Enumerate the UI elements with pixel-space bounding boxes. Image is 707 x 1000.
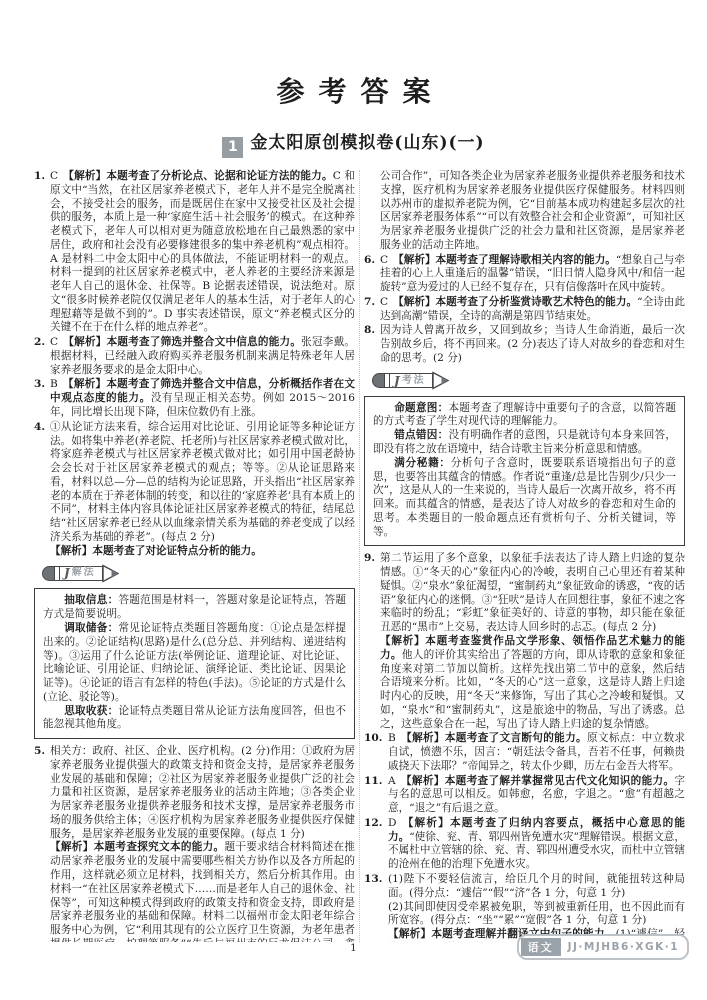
box-entry-label: 满分秘籍： <box>394 457 451 469</box>
answer-item: 2.C【解析】本题考查了筛选并整合文中信息的能力。张冠李戴。根据材料，已经融入政… <box>34 336 355 377</box>
pencil-label-text: 考法 <box>402 376 426 386</box>
item-number: 1. <box>34 170 45 184</box>
knowledge-box: 命题意图：本题考查了理解诗中重要句子的含意，以简答题的方式考查了学生对现代诗的理… <box>364 396 685 547</box>
box-entry-label: 抽取信息： <box>64 594 118 606</box>
item-number: 11. <box>364 775 382 789</box>
pencil-tip-icon <box>432 371 449 390</box>
box-entry: 调取储备：常见论证特点类题目答题角度：①论点是怎样提出来的。②论证结构(思路)是… <box>43 622 346 705</box>
answer-item: 1.C【解析】本题考查了分析论点、论据和论证方法的能力。C 和原文中“当然，在社… <box>34 170 355 335</box>
text-segment: 【解析】本题考查了筛选并整合文中信息的能力。 <box>63 336 301 348</box>
text-segment: 【解析】本题考查了解并掌握常见古代文化知识的能力。 <box>401 775 675 787</box>
text-segment: 【解析】本题考查了理解诗歌相关内容的能力。 <box>393 254 616 266</box>
section-header: 1金太阳原创模拟卷(山东)(一) <box>0 128 707 158</box>
text-segment: (2)其间即使因受牵累被免职，等到被重新任用，也不因此而有所宽容。(得分点：“坐… <box>388 901 685 927</box>
item-number: 10. <box>364 732 382 746</box>
text-segment: 【解析】本题考查了分析鉴赏诗歌艺术特色的能力。 <box>393 296 637 308</box>
item-number: 3. <box>34 378 45 392</box>
item-paragraph: B【解析】本题考查了文言断句的能力。原文标点：中立数求自试，愤懑不乐，因言：“朝… <box>388 732 685 773</box>
answer-item: 11.A【解析】本题考查了解并掌握常见古代文化知识的能力。字与名的意思可以相反。… <box>364 775 685 816</box>
answer-letter: C <box>380 254 388 266</box>
pencil-eraser-icon <box>372 373 385 388</box>
box-entry: 思取收获：论证特点类题目常从论证方法角度回答，但也不能忽视其他角度。 <box>43 705 346 733</box>
section-number-badge: 1 <box>222 137 243 158</box>
item-number: 6. <box>364 254 375 268</box>
answer-item: 8.因为诗人曾离开故乡，又回到故乡；当诗人生命消逝，最后一次告别故乡后，将不再回… <box>364 324 685 365</box>
box-entry: 满分秘籍：分析句子含意时，既要联系语境指出句子的意思，也要答出其蕴含的情感。作者… <box>373 457 676 540</box>
page-title: 参考答案 <box>0 0 707 110</box>
item-paragraph: C【解析】本题考查了理解诗歌相关内容的能力。“想象自己与牵挂着的心上人重逢后的温… <box>380 254 685 295</box>
pencil-logo: J <box>394 375 400 387</box>
answer-item: 3.B【解析】本题考查了筛选并整合文中信息，分析概括作者在文中观点态度的能力。没… <box>34 378 355 419</box>
text-segment: 第二节运用了多个意象，以象征手法表达了诗人踏上归途的复杂情感。①“冬天的心”象征… <box>380 552 685 633</box>
text-segment: 【解析】本题考查了文言断句的能力。 <box>401 732 587 744</box>
answer-letter: B <box>388 732 396 744</box>
answer-letter: C <box>50 336 58 348</box>
knowledge-box: 抽取信息：答题范围是材料一，答题对象是论证特点，答题方式是简要说明。调取储备：常… <box>34 588 355 739</box>
item-paragraph: ①从论证方法来看，综合运用对比论证、引用论证等多种论证方法。如将集中养老(养老院… <box>50 421 355 545</box>
item-number: 2. <box>34 336 45 350</box>
item-number: 7. <box>364 296 375 310</box>
item-paragraph: C【解析】本题考查了分析论点、论据和论证方法的能力。C 和原文中“当然，在社区居… <box>50 170 355 335</box>
answer-columns: 1.C【解析】本题考查了分析论点、论据和论证方法的能力。C 和原文中“当然，在社… <box>0 168 707 942</box>
subject-label: 语文 <box>521 938 561 956</box>
answer-item: 公司合作”，可知各类企业为居家养老服务业提供养老服务和技术支撑，医疗机构为居家养… <box>364 170 685 253</box>
item-paragraph: 【解析】本题考查鉴赏作品文学形象、领悟作品艺术魅力的能力。他人的评价其实给出了答… <box>380 635 685 731</box>
section-title: 金太阳原创模拟卷(山东)(一) <box>250 133 484 153</box>
box-entry-text: 常见论证特点类题目答题角度：①论点是怎样提出来的。②论证结构(思路)是什么(总分… <box>43 622 346 703</box>
item-paragraph: 公司合作”，可知各类企业为居家养老服务业提供养老服务和技术支撑，医疗机构为居家养… <box>380 170 685 253</box>
item-paragraph: 【解析】本题考查探究文本的能力。题干要求结合材料简述在推动居家养老服务业的发展中… <box>50 841 355 942</box>
pencil-label: J考法 <box>390 373 433 388</box>
box-entry-label: 调取储备： <box>64 622 118 634</box>
answer-item: 13.(1)陛下不要轻信流言，给臣几个月的时间，就能扭转这种局面。(得分点：“遽… <box>364 873 685 942</box>
pencil-logo: J <box>64 567 70 579</box>
text-segment: “使徐、兖、青、郓四州皆免遭水灾”理解错误。根据文意，不属杜中立管辖的徐、兖、青… <box>388 831 685 871</box>
column-divider <box>359 170 361 942</box>
text-segment: 【解析】本题考查了对论证特点分析的能力。 <box>50 545 262 557</box>
answer-letter: D <box>388 817 397 829</box>
item-paragraph: B【解析】本题考查了筛选并整合文中信息，分析概括作者在文中观点态度的能力。没有呈… <box>50 378 355 419</box>
footer-badge: 语文 JJ·MJHB6·XGK·1 <box>517 934 689 960</box>
item-paragraph: 相关方：政府、社区、企业、医疗机构。(2 分)作用：①政府为居家养老服务业提供强… <box>50 745 355 841</box>
answer-item: 7.C【解析】本题考查了分析鉴赏诗歌艺术特色的能力。“全诗由此达到高潮”错误，全… <box>364 296 685 324</box>
text-segment: 公司合作”，可知各类企业为居家养老服务业提供养老服务和技术支撑，医疗机构为居家养… <box>380 170 685 251</box>
item-paragraph: D【解析】本题考查了归纳内容要点，概括中心意思的能力。“使徐、兖、青、郓四州皆免… <box>388 817 685 872</box>
paper-code: JJ·MJHB6·XGK·1 <box>568 941 679 953</box>
left-column: 1.C【解析】本题考查了分析论点、论据和论证方法的能力。C 和原文中“当然，在社… <box>34 170 355 942</box>
item-paragraph: 因为诗人曾离开故乡，又回到故乡；当诗人生命消逝，最后一次告别故乡后，将不再回来。… <box>380 324 685 365</box>
box-entry-label: 思取收获： <box>64 705 118 717</box>
text-segment: 【解析】本题考查了分析论点、论据和论证方法的能力。 <box>63 170 333 182</box>
answer-sheet-page: 参考答案 1金太阳原创模拟卷(山东)(一) 1.C【解析】本题考查了分析论点、论… <box>0 0 707 1000</box>
answer-item: 5.相关方：政府、社区、企业、医疗机构。(2 分)作用：①政府为居家养老服务业提… <box>34 745 355 942</box>
text-segment: 他人的评价其实给出了答题的方向，即从诗歌的意象和象征角度来对第二节加以简析。这样… <box>380 649 685 730</box>
box-entry-label: 命题意图： <box>394 402 448 414</box>
item-paragraph: 【解析】本题考查了对论证特点分析的能力。 <box>50 545 355 559</box>
box-entry-label: 错点错因： <box>394 429 448 441</box>
answer-item: 4.①从论证方法来看，综合运用对比论证、引用论证等多种论证方法。如将集中养老(养… <box>34 421 355 559</box>
text-segment: 相关方：政府、社区、企业、医疗机构。(2 分)作用：①政府为居家养老服务业提供强… <box>50 745 355 840</box>
answer-item: 6.C【解析】本题考查了理解诗歌相关内容的能力。“想象自己与牵挂着的心上人重逢后… <box>364 254 685 295</box>
box-entry: 命题意图：本题考查了理解诗中重要句子的含意，以简答题的方式考查了学生对现代诗的理… <box>373 402 676 430</box>
item-number: 8. <box>364 324 375 338</box>
answer-item: 9.第二节运用了多个意象，以象征手法表达了诗人踏上归途的复杂情感。①“冬天的心”… <box>364 552 685 731</box>
box-entry: 抽取信息：答题范围是材料一，答题对象是论证特点，答题方式是简要说明。 <box>43 594 346 622</box>
text-segment: 【解析】本题考查探究文本的能力。 <box>50 841 224 853</box>
text-segment: (1)陛下不要轻信流言，给臣几个月的时间，就能扭转这种局面。(得分点：“遽信”“… <box>388 873 685 899</box>
answer-letter: C <box>50 170 58 182</box>
box-entry: 错点错因：没有明确作者的意图，只是就诗句本身来回答，即没有将之放在语境中，结合诗… <box>373 429 676 457</box>
pencil-tip-icon <box>102 564 119 583</box>
pencil-banner: J解法 <box>42 563 355 583</box>
item-number: 12. <box>364 817 382 831</box>
pencil-banner: J考法 <box>372 371 685 391</box>
text-segment: C 和原文中“当然，在社区居家养老模式下，老年人并不是完全脱离社会，不接受社会的… <box>50 170 355 333</box>
item-paragraph: C【解析】本题考查了分析鉴赏诗歌艺术特色的能力。“全诗由此达到高潮”错误，全诗的… <box>380 296 685 324</box>
answer-item: 12.D【解析】本题考查了归纳内容要点，概括中心意思的能力。“使徐、兖、青、郓四… <box>364 817 685 872</box>
text-segment: 因为诗人曾离开故乡，又回到故乡；当诗人生命消逝，最后一次告别故乡后，将不再回来。… <box>380 324 685 364</box>
item-number: 13. <box>364 873 382 887</box>
answer-letter: A <box>388 775 396 787</box>
item-paragraph: C【解析】本题考查了筛选并整合文中信息的能力。张冠李戴。根据材料，已经融入政府购… <box>50 336 355 377</box>
item-number: 4. <box>34 421 45 435</box>
text-segment: ①从论证方法来看，综合运用对比论证、引用论证等多种论证方法。如将集中养老(养老院… <box>50 421 355 543</box>
item-paragraph: A【解析】本题考查了解并掌握常见古代文化知识的能力。字与名的意思可以相反。如韩愈… <box>388 775 685 816</box>
item-paragraph: (1)陛下不要轻信流言，给臣几个月的时间，就能扭转这种局面。(得分点：“遽信”“… <box>388 873 685 901</box>
item-paragraph: (2)其间即使因受牵累被免职，等到被重新任用，也不因此而有所宽容。(得分点：“坐… <box>388 901 685 929</box>
item-number: 5. <box>34 745 45 759</box>
item-paragraph: 第二节运用了多个意象，以象征手法表达了诗人踏上归途的复杂情感。①“冬天的心”象征… <box>380 552 685 635</box>
pencil-eraser-icon <box>42 566 55 581</box>
item-number: 9. <box>364 552 375 566</box>
pencil-label-text: 解法 <box>72 568 96 578</box>
answer-letter: C <box>380 296 388 308</box>
text-segment: 题干要求结合材料简述在推动居家养老服务业的发展中需要哪些相关方协作以及各方所起的… <box>50 841 355 942</box>
answer-letter: B <box>50 378 58 390</box>
answer-item: 10.B【解析】本题考查了文言断句的能力。原文标点：中立数求自试，愤懑不乐，因言… <box>364 732 685 773</box>
pencil-label: J解法 <box>60 566 103 581</box>
right-column: 公司合作”，可知各类企业为居家养老服务业提供养老服务和技术支撑，医疗机构为居家养… <box>364 170 685 942</box>
